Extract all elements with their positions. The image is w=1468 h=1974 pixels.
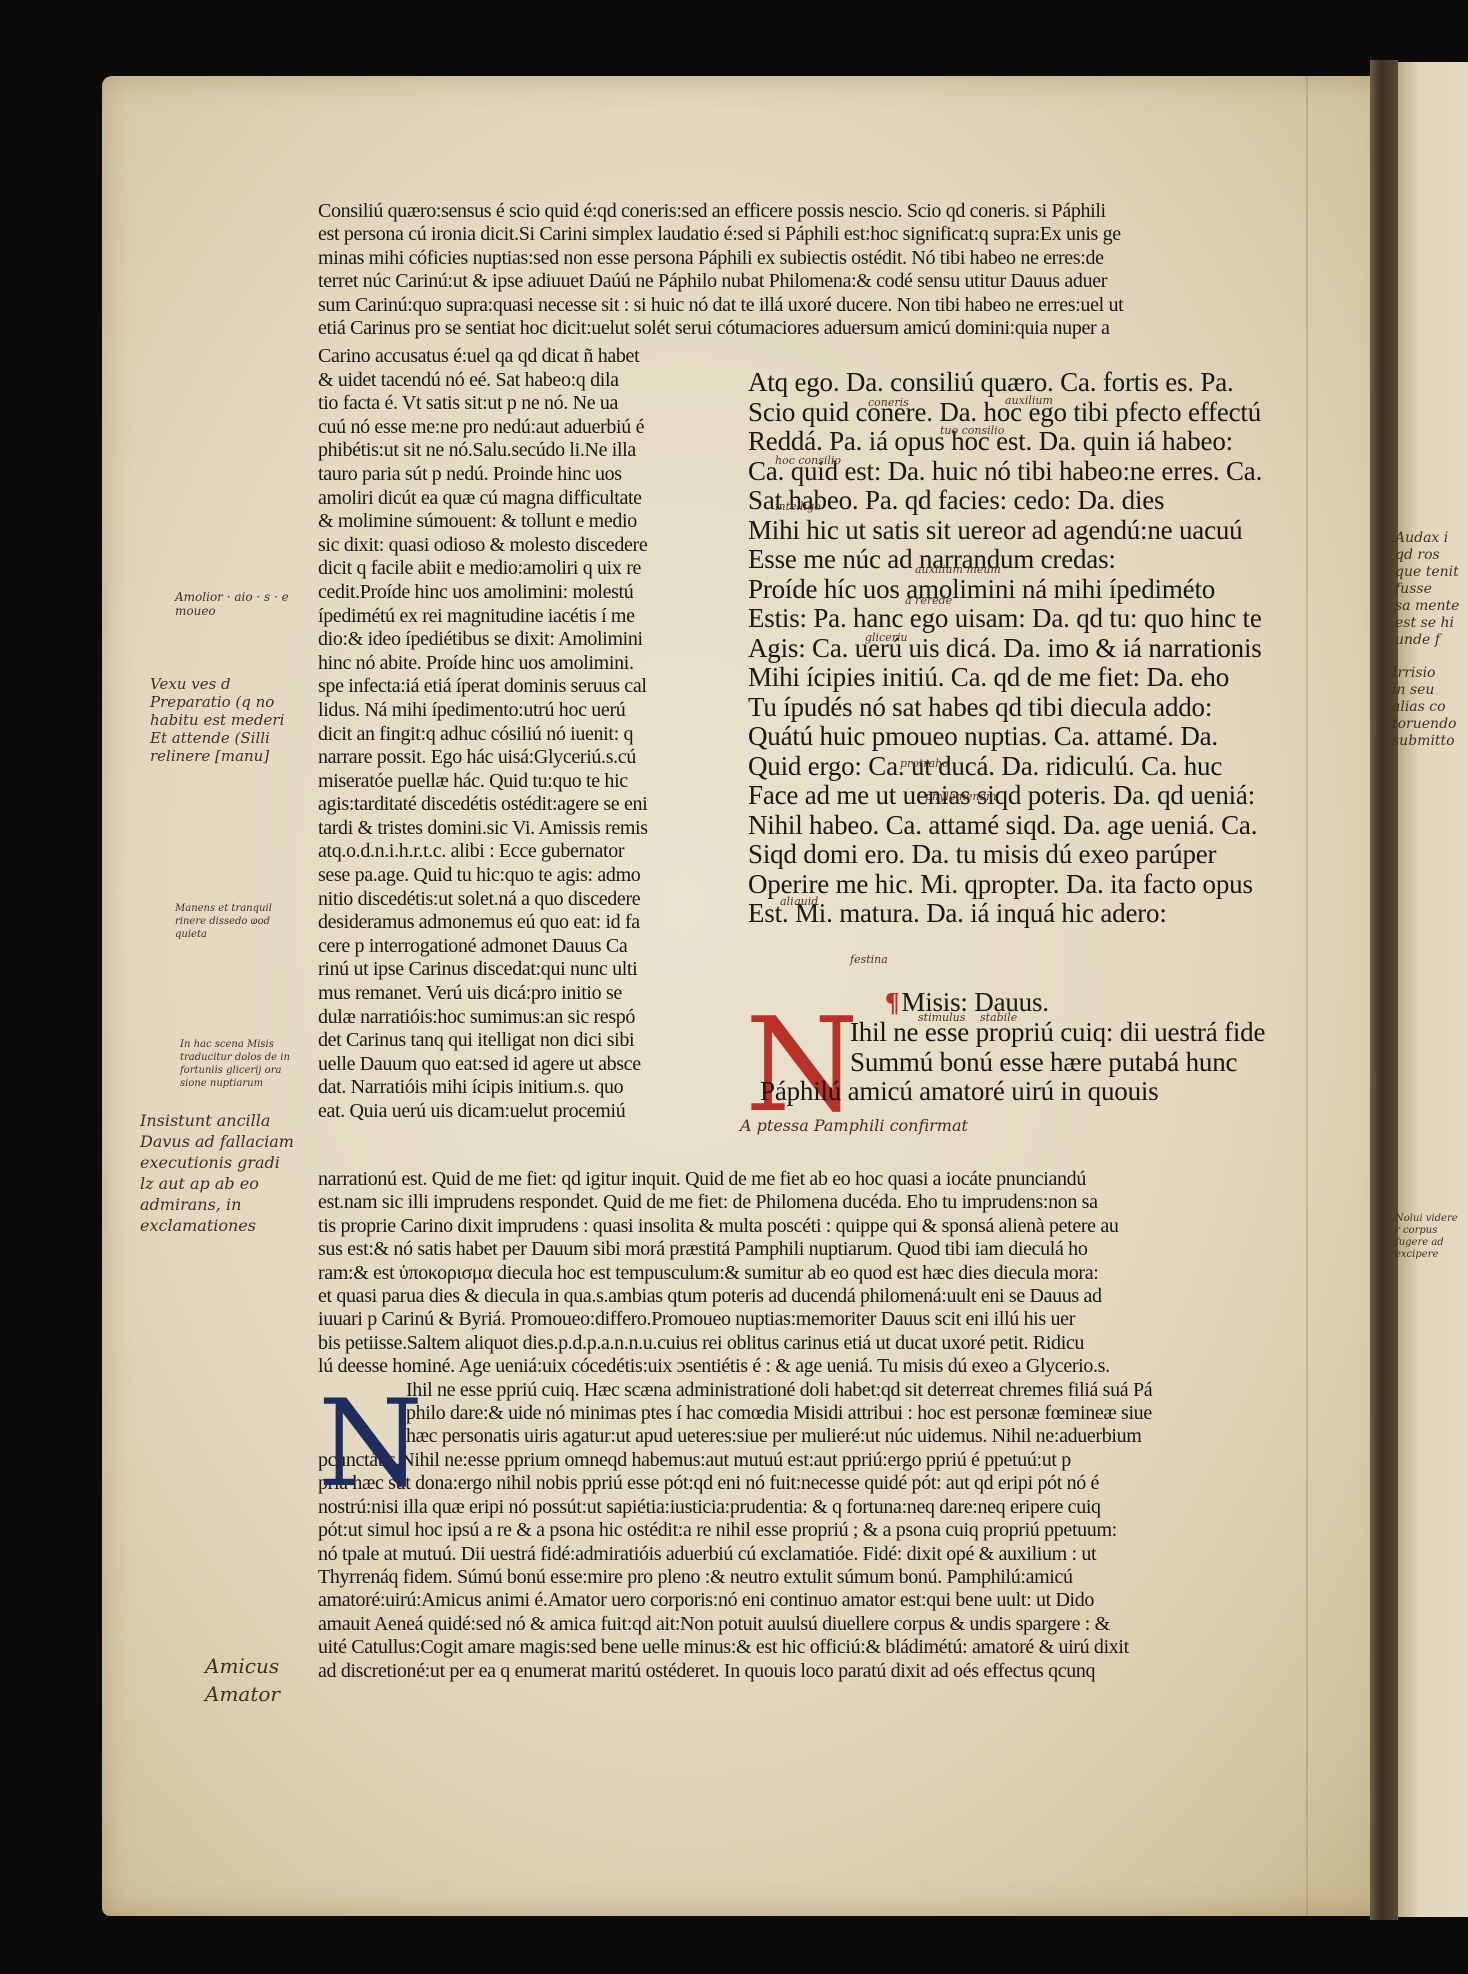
verse-line: Reddá. Pa. iá opus hoc est. Da. quin iá … [748, 427, 1273, 457]
text-line: spe infecta:iá etiá íperat dominis seruu… [318, 675, 716, 699]
marginal-note: In hac scena Misis traducitur dolos de i… [180, 1038, 290, 1090]
verse-line: Agis: Ca. uerú uis dicá. Da. imo & iá na… [748, 634, 1273, 664]
text-line: mus remanet. Verú uis dicá:pro initio se [318, 982, 716, 1006]
text-line: nó tpale at mutuú. Dii uestrá fidé:admir… [318, 1543, 1273, 1566]
interlinear-gloss: aliquid [780, 895, 818, 908]
text-line: eat. Quia uerú uis dicam:uelut procemiú [318, 1100, 716, 1124]
text-line: agis:tarditaté discedétis ostédit:agere … [318, 793, 716, 817]
commentary-bottom: narrationú est. Quid de me fiet: qd igit… [318, 1168, 1273, 1683]
text-line: phibétis:ut sit ne nó.Salu.secúdo li.Ne … [318, 439, 716, 463]
verse-line: Nihil habeo. Ca. attamé siqd. Da. age ue… [748, 811, 1273, 841]
verse-line: Quátú huic pmoueo nuptias. Ca. attamé. D… [748, 722, 1273, 752]
verse-line: Tu ípudés nó sat habes qd tibi diecula a… [748, 693, 1273, 723]
text-line: etiá Carinus pro se sentiat hoc dicit:ue… [318, 317, 1273, 340]
text-line: lidus. Ná mihi ípedimento:utrú hoc uerú [318, 699, 716, 723]
text-line: tardi & tristes domini.sic Vi. Amissis r… [318, 817, 716, 841]
facing-page-edge [1398, 62, 1468, 1917]
verse-line: Mihi hic ut satis sit uereor ad agendú:n… [748, 516, 1273, 546]
text-line: ram:& est ὑποκορισμα diecula hoc est tem… [318, 1262, 1273, 1285]
text-line: terret núc Carinú:ut & ipse adiuuet Daúú… [318, 270, 1273, 293]
pilcrow-icon: ¶ [885, 987, 899, 1017]
text-line: est persona cú ironia dicit.Si Carini si… [318, 223, 1273, 246]
verse-line: Sat habeo. Pa. qd facies: cedo: Da. dies [748, 486, 1273, 516]
text-line: hinc nó abite. Proíde hinc uos amolimini… [318, 652, 716, 676]
marginal-note: Amolior · aio · s · e moueo [175, 590, 289, 618]
interlinear-gloss: intelligo [775, 500, 821, 513]
text-line: ad discretioné:ut per ea q enumerat mari… [318, 1660, 1273, 1683]
text-line: amauit Aeneá quidé:sed nó & amica fuit:q… [318, 1613, 1273, 1636]
text-line: Ihil ne esse ppriú cuiq. Hæc scæna admin… [318, 1379, 1273, 1402]
verse-line: Ihil ne esse propriú cuiq: dii uestrá fi… [850, 1018, 1280, 1048]
verse-line: Est. Mi. matura. Da. iá inquá hic adero: [748, 899, 1273, 929]
interlinear-gloss: coneris [868, 396, 909, 409]
text-line: cedit.Proíde hinc uos amolimini: molestú [318, 581, 716, 605]
verse-line: Face ad me ut uenias siqd poteris. Da. q… [748, 781, 1273, 811]
commentary-top: Consiliú quæro:sensus é scio quid é:qd c… [318, 200, 1273, 340]
verse-line: Mihi ícipies initiú. Ca. qd de me fiet: … [748, 663, 1273, 693]
text-line: Carino accusatus é:uel qa qd dicat ñ hab… [318, 345, 716, 369]
marginal-note: Nolui videre r corpus fugere ad excipere [1395, 1213, 1458, 1261]
interlinear-gloss: stimulus [918, 1011, 965, 1024]
text-line: nitio discedétis:ut solet.ná a quo disce… [318, 888, 716, 912]
text-line: uité Catullus:Cogit amare magis:sed bene… [318, 1636, 1273, 1659]
verse-line: Operire me hic. Mi. qpropter. Da. ita fa… [748, 870, 1273, 900]
text-line: Thyrrenáq fidem. Súmú bonú esse:mire pro… [318, 1566, 1273, 1589]
text-line: lú deesse hominé. Age ueniá:uix cócedéti… [318, 1355, 1273, 1378]
text-line: & molimine súmouent: & tollunt e medio [318, 510, 716, 534]
text-line: narrare possit. Ego hác uisá:Glyceriú.s.… [318, 746, 716, 770]
verse-line: Proíde híc uos amolimini ná mihi ípedimé… [748, 575, 1273, 605]
text-line: dicit q facile abiit e medio:amoliri q u… [318, 557, 716, 581]
marginal-note: Audax i qd ros que tenit fusse sa mente … [1395, 530, 1459, 649]
marginal-note: A ptessa Pamphili confirmat [740, 1116, 968, 1135]
interlinear-gloss: protraho [900, 757, 949, 770]
interlinear-gloss: stabile [980, 1011, 1017, 1024]
interlinear-gloss: auxilium meum [915, 563, 1001, 576]
verse-line: Páphilú amicú amatoré uirú in quouis [760, 1077, 1280, 1107]
text-line: hæc personatis uiris agatur:ut apud uete… [318, 1425, 1273, 1448]
verse-line: Summú bonú esse hære putabá hunc [850, 1048, 1280, 1078]
text-line: sus est:& nó satis habet per Dauum sibi … [318, 1238, 1273, 1261]
text-line: bis petiisse.Saltem aliquot dies.p.d.p.a… [318, 1332, 1273, 1355]
page-fold [1306, 76, 1308, 1916]
text-line: amatoré:uirú:Amicus animi é.Amator uero … [318, 1589, 1273, 1612]
red-initial-n: N [745, 1000, 859, 1130]
text-line: tio facta é. Vt satis sit:ut p ne nó. Ne… [318, 392, 716, 416]
text-line: dio:& ideo ípediétibus se dixit: Amolimi… [318, 628, 716, 652]
text-line: sum Carinú:quo supra:quasi necesse sit :… [318, 294, 1273, 317]
text-line: dat. Narratióis mihi ícipis initium.s. q… [318, 1076, 716, 1100]
text-line: rinú ut ipse Carinus discedat:qui nunc u… [318, 958, 716, 982]
text-line: narrationú est. Quid de me fiet: qd igit… [318, 1168, 1273, 1191]
text-line: philo dare:& uide nó minimas ptes í hac … [318, 1402, 1273, 1425]
text-line: tis proprie Carino dixit imprudens : qua… [318, 1215, 1273, 1238]
text-line: pria hæc sút dona:ergo nihil nobis ppriú… [318, 1472, 1273, 1495]
interlinear-gloss: gliceriu [865, 631, 908, 644]
text-line: sese pa.age. Quid tu hic:quo te agis: ad… [318, 864, 716, 888]
interlinear-gloss: auxilium [1005, 394, 1053, 407]
text-line: cuú nó esse me:ne pro nedú:aut aduerbiú … [318, 416, 716, 440]
interlinear-gloss: tuo consilio [940, 424, 1004, 437]
scene-heading: ¶Misis: Dauus. [885, 988, 1049, 1018]
text-line: pcunctátis.Nihil ne:esse pprium omneqd h… [318, 1449, 1273, 1472]
verse-line: Siqd domi ero. Da. tu misis dú exeo parú… [748, 840, 1273, 870]
play-text-scene-2: Ihil ne esse propriú cuiq: dii uestrá fi… [850, 1018, 1280, 1107]
text-line: pót:ut simul hoc ipsú a re & a psona hic… [318, 1519, 1273, 1542]
text-line: amoliri dicút ea quæ cú magna difficulta… [318, 487, 716, 511]
text-line: cere p interrogationé admonet Dauus Ca [318, 935, 716, 959]
book-gutter [1370, 60, 1398, 1920]
text-line: tauro paria sút p nedú. Proinde hinc uos [318, 463, 716, 487]
text-line: uelle Dauum quo eat:sed id agere ut absc… [318, 1053, 716, 1077]
text-line: Consiliú quæro:sensus é scio quid é:qd c… [318, 200, 1273, 223]
text-line: & uidet tacendú nó eé. Sat habeo:q dila [318, 369, 716, 393]
marginal-note: Vexu ves d Preparatio (q no habitu est m… [150, 675, 284, 765]
verse-line: Esse me núc ad narrandum credas: [748, 545, 1273, 575]
text-line: atq.o.d.n.i.h.r.t.c. alibi : Ecce gubern… [318, 840, 716, 864]
blue-initial-n: N [318, 1385, 423, 1505]
text-line: sic dixit: quasi odioso & molesto disced… [318, 534, 716, 558]
text-line: det Carinus tanq qui itelligat non dici … [318, 1029, 716, 1053]
commentary-left-column: Carino accusatus é:uel qa qd dicat ñ hab… [318, 345, 716, 1124]
text-line: dulæ narratióis:hoc sumimus:an sic respó [318, 1006, 716, 1030]
verse-line: Estis: Pa. hanc ego uisam: Da. qd tu: qu… [748, 604, 1273, 634]
interlinear-gloss: phylomenam [925, 790, 997, 803]
text-line: et quasi parua dies & diecula in qua.s.a… [318, 1285, 1273, 1308]
play-text-column: Atq ego. Da. consiliú quæro. Ca. fortis … [748, 368, 1273, 929]
interlinear-gloss: hoc consilio [775, 454, 841, 467]
marginal-note: Manens et tranquil rinere dissedo ⱷod qu… [175, 902, 272, 941]
text-line: miseratóe puellæ hác. Quid tu:quo te hic [318, 770, 716, 794]
interlinear-gloss: festina [850, 953, 888, 966]
text-line: nostrú:nisi illa quæ eripi nó possút:ut … [318, 1496, 1273, 1519]
text-line: est.nam sic illi imprudens respondet. Qu… [318, 1191, 1273, 1214]
verse-line: Quid ergo: Ca. ut ducá. Da. ridiculú. Ca… [748, 752, 1273, 782]
text-line: minas mihi cóficies nuptias:sed non esse… [318, 247, 1273, 270]
text-line: desideramus admonemus eú quo eat: id fa [318, 911, 716, 935]
text-line: iuuari p Carinú & Byriá. Promoueo:differ… [318, 1308, 1273, 1331]
marginal-note: Irrisio in seu alias co toruendo submitt… [1392, 665, 1456, 750]
marginal-note: Insistunt ancilla Davus ad fallaciam exe… [140, 1110, 294, 1236]
text-line: ípedimétú ex rei magnitudine iacétis í m… [318, 605, 716, 629]
text-line: dicit an fingit:q adhuc cósiliú nó iueni… [318, 723, 716, 747]
interlinear-gloss: a rerede [905, 594, 952, 607]
marginal-note: Amicus Amator [205, 1652, 280, 1708]
